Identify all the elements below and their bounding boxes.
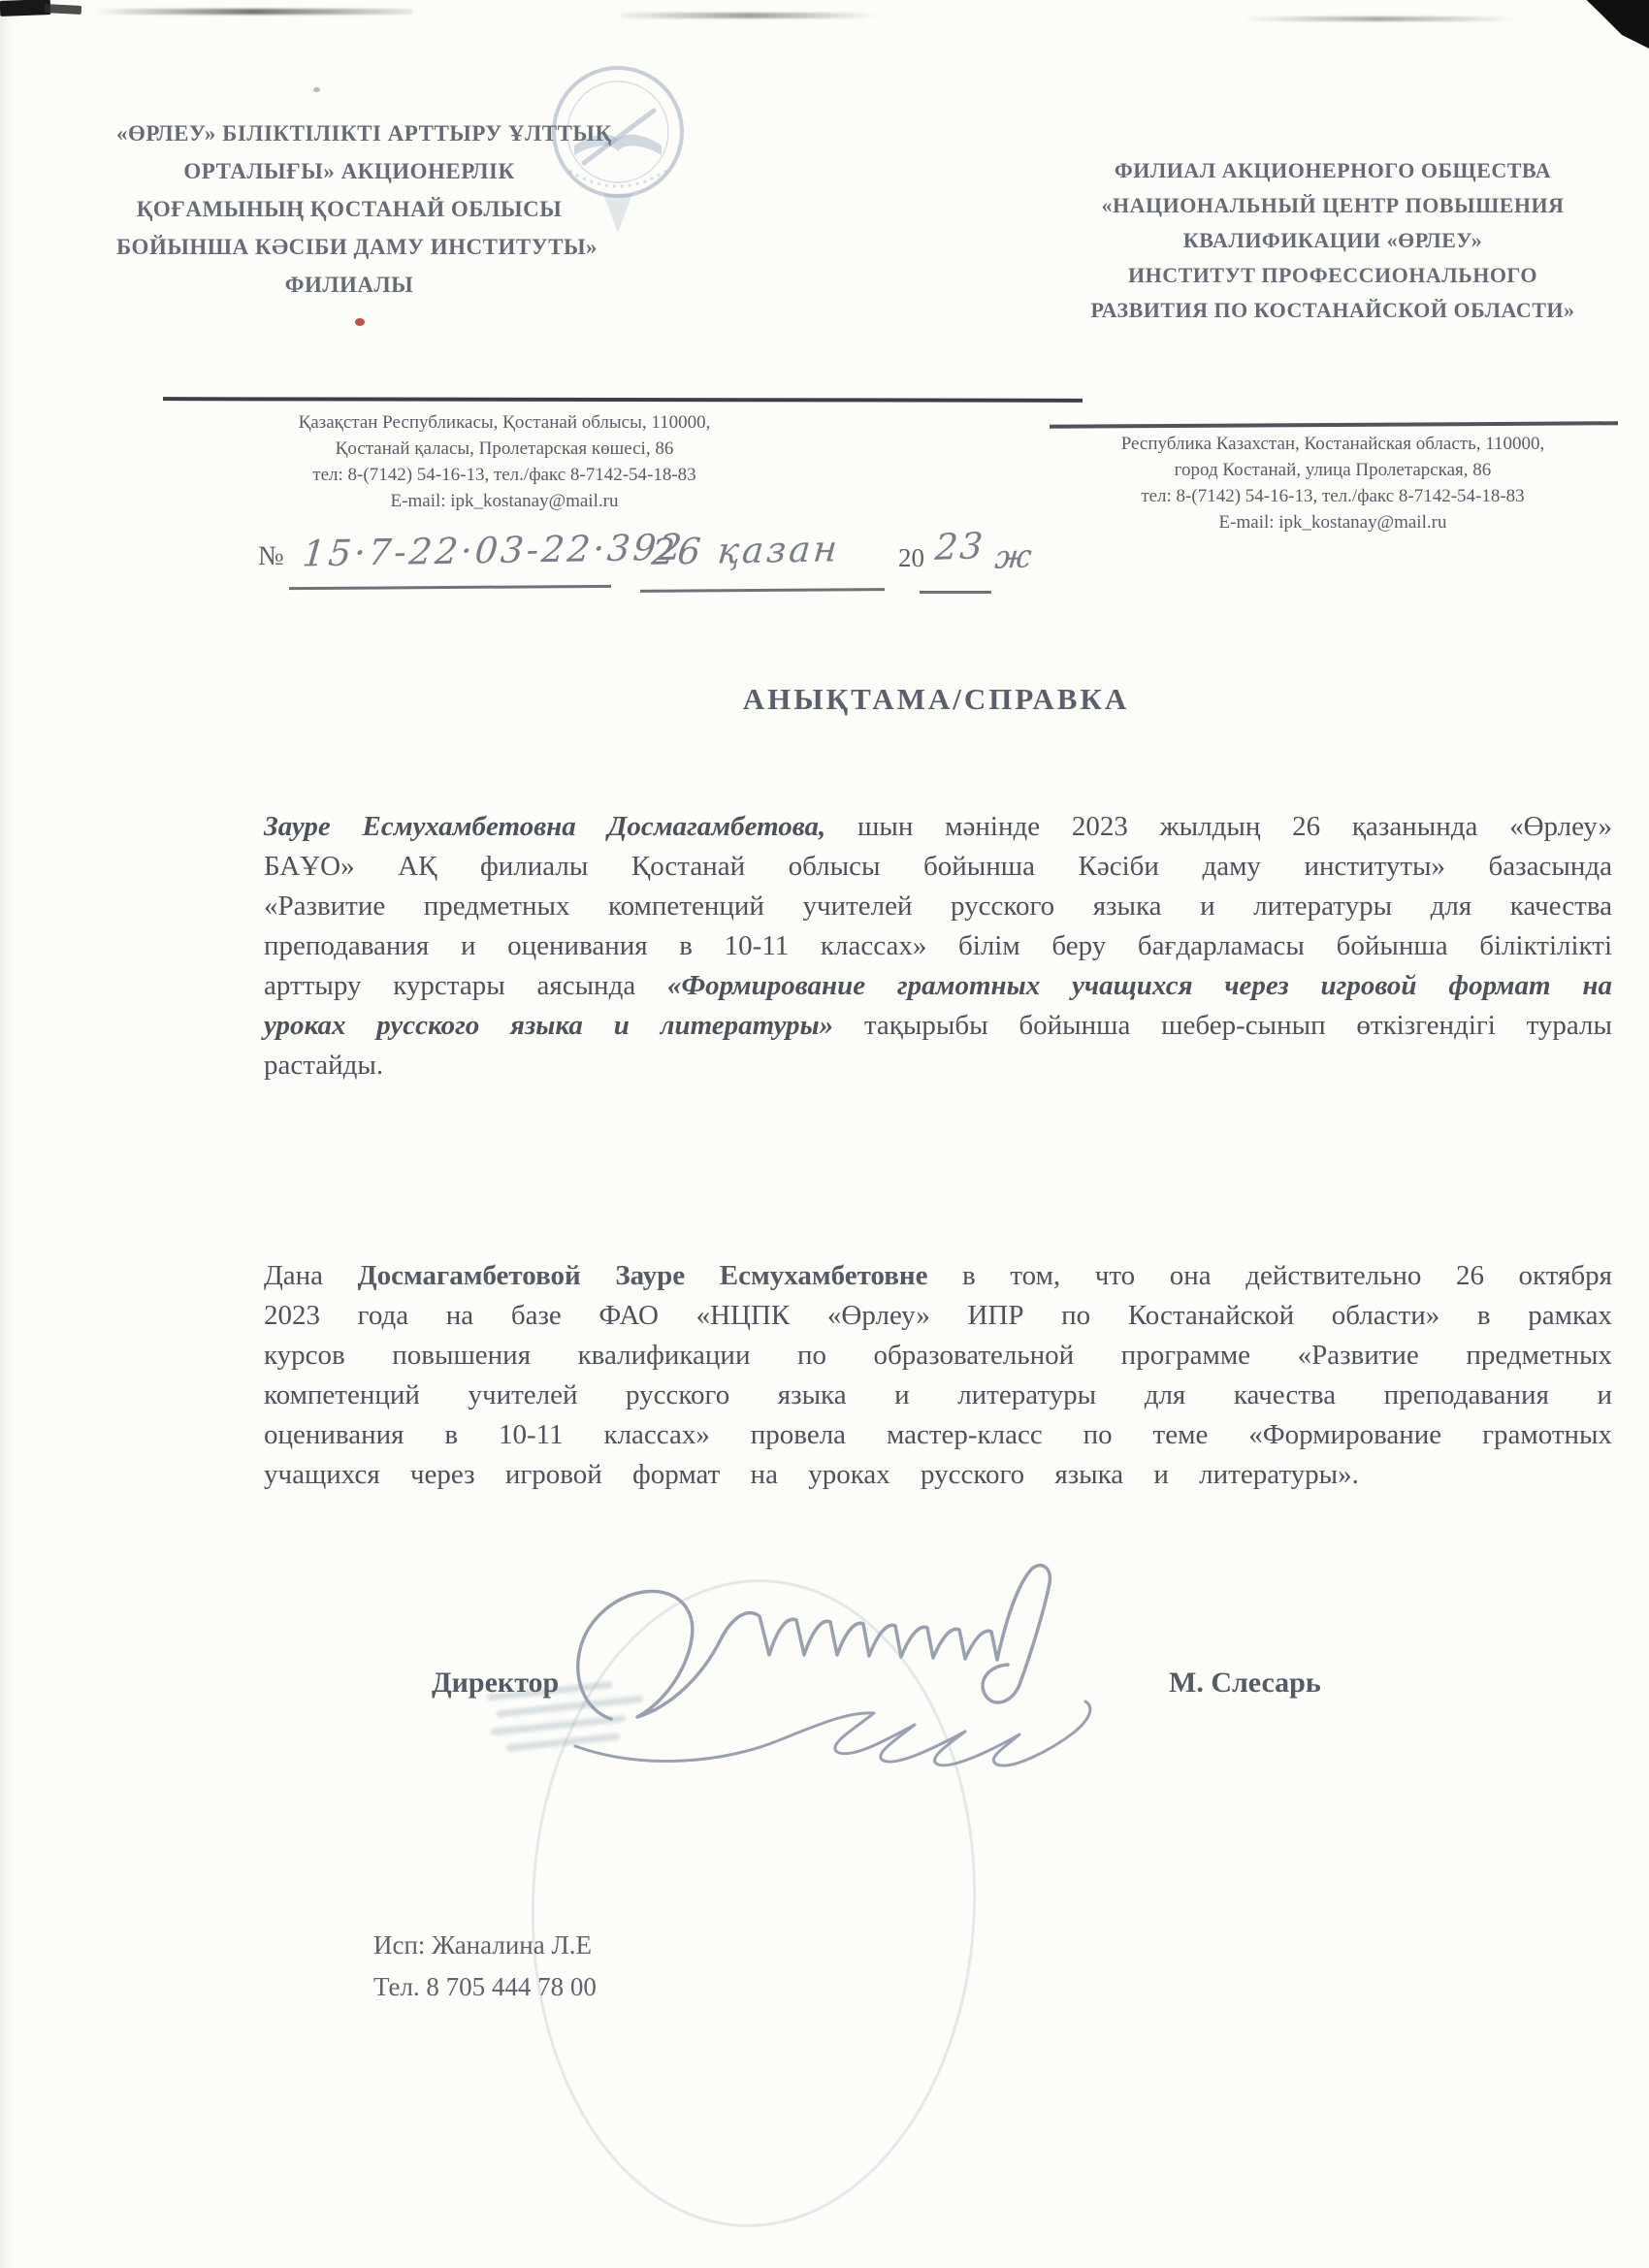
org-ru-line: КВАЛИФИКАЦИИ «ӨРЛЕУ»: [1046, 223, 1620, 258]
org-name-kazakh: «ӨРЛЕУ» БІЛІКТІЛІКТІ АРТТЫРУ ҰЛТТЫҚ ОРТА…: [116, 114, 582, 304]
scan-artifact-streak: [1242, 16, 1518, 21]
paragraph-russian: Дана Досмагамбетовой Зауре Есмухамбетовн…: [264, 1256, 1612, 1495]
address-ru-line: тел: 8-(7142) 54-16-13, тел./факс 8-7142…: [1046, 483, 1620, 509]
ref-number-handwritten: 15·7-22·03-22·392: [301, 527, 686, 575]
ref-number-underline: [289, 585, 611, 590]
org-kk-line: ҚОҒАМЫНЫҢ ҚОСТАНАЙ ОБЛЫСЫ: [116, 190, 582, 228]
org-ru-line: «НАЦИОНАЛЬНЫЙ ЦЕНТР ПОВЫШЕНИЯ: [1046, 188, 1620, 223]
scan-artifact-dot: [313, 87, 320, 92]
director-label: Директор: [432, 1667, 559, 1700]
signer-name: М. Слесарь: [1169, 1667, 1321, 1700]
director-signature: [529, 1564, 1159, 1777]
scan-artifact-top-left: [0, 0, 50, 16]
org-ru-line: ФИЛИАЛ АКЦИОНЕРНОГО ОБЩЕСТВА: [1046, 153, 1620, 188]
scan-artifact-top-left-2: [45, 4, 81, 15]
address-kk-line: E-mail: ipk_kostanay@mail.ru: [221, 488, 788, 514]
address-ru-line: город Костанай, улица Пролетарская, 86: [1046, 457, 1620, 483]
address-russian: Республика Казахстан, Костанайская облас…: [1046, 431, 1620, 535]
red-ink-dot: [355, 318, 365, 326]
scan-artifact-streak: [92, 9, 412, 15]
ref-date-handwritten: 26 қазан: [650, 528, 842, 572]
org-kk-line: ФИЛИАЛЫ: [116, 266, 582, 304]
executor-phone: Тел. 8 705 444 78 00: [373, 1972, 597, 2002]
org-kk-line: «ӨРЛЕУ» БІЛІКТІЛІКТІ АРТТЫРУ ҰЛТТЫҚ: [116, 114, 582, 152]
header-divider-left: [163, 397, 1083, 403]
orleu-emblem-stamp-icon: [545, 56, 691, 236]
executor-line: Исп: Жаналина Л.Е: [373, 1930, 592, 1960]
recipient-name-ru: Досмагамбетовой Зауре Есмухамбетовне: [358, 1260, 928, 1291]
address-kk-line: Қостанай қаласы, Пролетарская көшесі, 86: [221, 436, 788, 462]
org-ru-line: РАЗВИТИЯ ПО КОСТАНАЙСКОЙ ОБЛАСТИ»: [1046, 293, 1620, 328]
paragraph-ru-text: Дана: [264, 1260, 358, 1291]
ref-date-underline: [640, 588, 885, 593]
document-title: АНЫҚТАМА/СПРАВКА: [262, 682, 1610, 717]
ref-year-underline: [920, 591, 991, 594]
address-ru-line: Республика Казахстан, Костанайская облас…: [1046, 431, 1620, 457]
org-kk-line: ОРТАЛЫҒЫ» АКЦИОНЕРЛІК: [116, 152, 582, 190]
org-kk-line: БОЙЫНША КӘСІБИ ДАМУ ИНСТИТУТЫ»: [116, 228, 582, 266]
scanned-document-page: «ӨРЛЕУ» БІЛІКТІЛІКТІ АРТТЫРУ ҰЛТТЫҚ ОРТА…: [0, 0, 1649, 2268]
scan-artifact-streak: [621, 13, 878, 18]
address-kazakh: Қазақстан Республикасы, Қостанай облысы,…: [221, 409, 788, 514]
ref-year-handwritten: 23: [934, 525, 986, 568]
address-ru-line: E-mail: ipk_kostanay@mail.ru: [1046, 509, 1620, 535]
org-ru-line: ИНСТИТУТ ПРОФЕССИОНАЛЬНОГО: [1046, 258, 1620, 293]
ref-year-prefix: 20: [898, 543, 924, 573]
paragraph-kazakh: Зауре Есмухамбетовна Досмагамбетова, шын…: [264, 807, 1612, 1085]
paragraph-ru-text: в том, что она действительно 26 октября …: [264, 1260, 1612, 1490]
org-name-russian: ФИЛИАЛ АКЦИОНЕРНОГО ОБЩЕСТВА «НАЦИОНАЛЬН…: [1046, 153, 1620, 328]
scan-artifact-top-right-corner: [1581, 0, 1649, 49]
recipient-name-kk: Зауре Есмухамбетовна Досмагамбетова,: [264, 811, 825, 842]
ref-year-suffix: ж: [993, 536, 1034, 575]
header-divider-right: [1050, 421, 1618, 429]
ref-number-label: №: [258, 541, 284, 572]
address-kk-line: тел: 8-(7142) 54-16-13, тел./факс 8-7142…: [221, 462, 788, 488]
address-kk-line: Қазақстан Республикасы, Қостанай облысы,…: [221, 409, 788, 436]
